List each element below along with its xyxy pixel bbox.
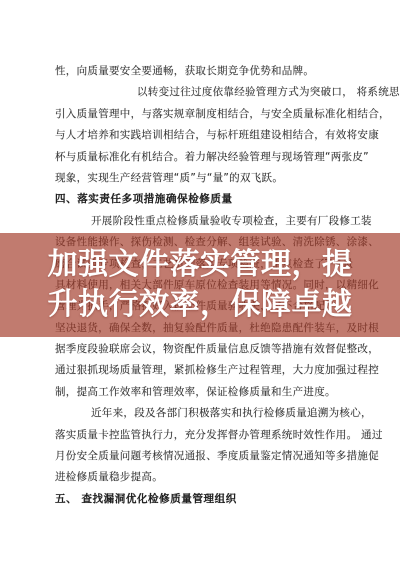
document-line: 通过狠抓现场质量管理，紧抓检修生产过程管理，大力度加强过程控 xyxy=(55,360,385,381)
banner-title-line2: 升执行效率，保障卓越 xyxy=(48,285,353,325)
section-heading-line: 四、落实责任多项措施确保检修质量 xyxy=(55,189,385,210)
document-line: 引入质量管理中，与落实规章制度相结合，与安全质量标准化相结合， xyxy=(55,104,385,125)
document-line: 进检修质量稳步提高。 xyxy=(55,467,385,488)
document-line: 近年来，段及各部门积极落实和执行检修质量追溯为核心， xyxy=(55,403,385,424)
document-line: 月份安全质量问题考核情况通报、季度质量鉴定情况通知等多措施促 xyxy=(55,446,385,467)
document-line: 与人才培养和实践培训相结合，与标杆班组建设相结合，有效将安康 xyxy=(55,125,385,146)
document-line: 落实质量卡控监管执行力，充分发挥督办管理系统时效性作用。 通过 xyxy=(55,425,385,446)
document-page: 性，向质量要安全要通畅，获取长期竞争优势和品牌。以转变过往过度依靠经验管理方式为… xyxy=(0,0,400,566)
document-line: 现象，实现生产经营管理“质”与“量”的双飞跃。 xyxy=(55,168,385,189)
document-line: 性，向质量要安全要通畅，获取长期竞争优势和品牌。 xyxy=(55,61,385,82)
document-line: 以转变过往过度依靠经验管理方式为突破口， 将系统思维理念 xyxy=(55,82,385,103)
document-line: 制，提高工作效率和管理效率，保证检修质量和生产进度。 xyxy=(55,382,385,403)
banner-title-line1: 加强文件落实管理，提 xyxy=(48,245,353,285)
document-line: 据季度段验联席会议，物资配件质量信息反馈等措施有效督促整改， xyxy=(55,339,385,360)
section-heading-line: 五、 查找漏洞优化检修质量管理组织 xyxy=(55,489,385,510)
overlay-banner: 加强文件落实管理，提 升执行效率，保障卓越 xyxy=(0,233,400,337)
document-line: 杯与质量标准化有机结合。着力解决经验管理与现场管理“两张皮” xyxy=(55,147,385,168)
document-line: 开展阶段性重点检修质量验收专项检查，主要有厂段修工装 xyxy=(55,211,385,232)
